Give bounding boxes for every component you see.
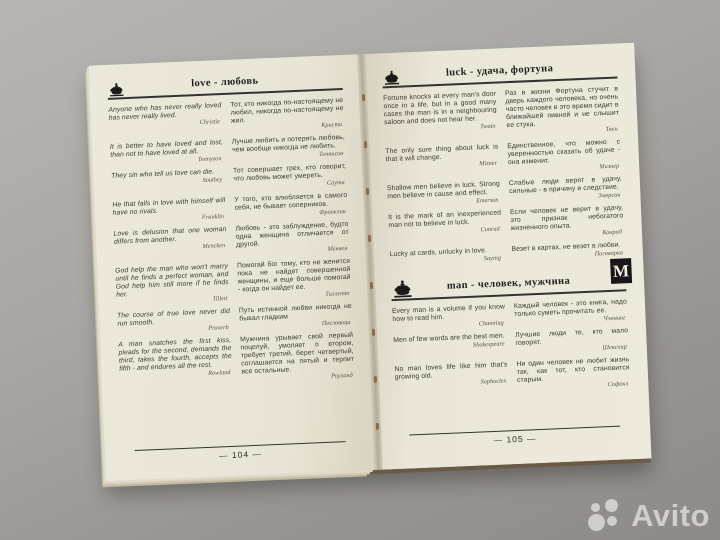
section-header-luck: luck - удача, фортуна bbox=[382, 52, 618, 88]
quote-russian-text: Раз в жизни Фортуна стучит в дверь каждо… bbox=[505, 85, 620, 130]
page-number-left: — 104 — bbox=[134, 441, 346, 464]
russian-column: Единственное, что можно с уверенностью с… bbox=[507, 138, 621, 175]
quote-row: It is the mark of an inexperienced man n… bbox=[388, 204, 624, 246]
quote-row: They sin who tell us love can die.Southe… bbox=[111, 163, 347, 197]
quotes-list-love: Anyone who has never really loved has ne… bbox=[108, 97, 355, 395]
page-number-right: — 105 — bbox=[409, 426, 621, 449]
russian-column: Если человек не верит в удачу, это призн… bbox=[510, 204, 624, 241]
stitch-mark bbox=[363, 141, 366, 148]
stitch-mark bbox=[371, 329, 374, 336]
quote-row: The course of true love never did run sm… bbox=[117, 303, 353, 337]
russian-column: Везет в картах, не везет в любви.Поговор… bbox=[511, 241, 625, 262]
stitch-mark bbox=[373, 376, 376, 383]
russian-column: Слабые люди верят в удачу, сильные - в п… bbox=[509, 175, 623, 204]
quote-row: Anyone who has never really loved has ne… bbox=[108, 97, 344, 139]
teapot-icon bbox=[108, 82, 125, 97]
quote-english-text: Fortune knocks at every man's door once … bbox=[383, 91, 497, 128]
russian-column: Лучше любить и потерять любовь, чем вооб… bbox=[232, 134, 346, 163]
section-title: man - человек, мужчина bbox=[447, 276, 571, 292]
background-surface: love - любовь Anyone who has never reall… bbox=[0, 0, 720, 540]
english-column: God help the man who won't marry until h… bbox=[115, 263, 230, 308]
english-column: The course of true love never did run sm… bbox=[117, 308, 231, 337]
quote-row: A man snatches the first kiss, pleads fo… bbox=[118, 332, 355, 390]
russian-column: Помогай бог тому, кто не женится пока не… bbox=[237, 258, 352, 303]
quotes-list-man: Every man is a volume if you know how to… bbox=[392, 298, 631, 403]
english-column: He that falls in love with himself will … bbox=[112, 197, 226, 226]
english-column: No man loves life like him that's growin… bbox=[394, 361, 508, 398]
quote-russian-text: Помогай бог тому, кто не женится пока не… bbox=[237, 258, 351, 295]
russian-column: Мужчина урывает свой первый поцелуй, умо… bbox=[240, 332, 355, 385]
stitch-mark bbox=[369, 282, 372, 289]
quote-english-text: God help the man who won't marry until h… bbox=[115, 263, 229, 300]
left-page: love - любовь Anyone who has never reall… bbox=[89, 54, 375, 481]
stitch-mark bbox=[361, 94, 364, 101]
english-column: It is the mark of an inexperienced man n… bbox=[388, 209, 502, 246]
stitch-mark bbox=[365, 188, 368, 195]
open-book: love - любовь Anyone who has never reall… bbox=[89, 43, 652, 481]
russian-column: Путь истинной любви никогда не бывал гла… bbox=[239, 303, 353, 332]
english-column: The only sure thing about luck is that i… bbox=[385, 144, 499, 181]
english-column: They sin who tell us love can die.Southe… bbox=[111, 168, 225, 197]
english-column: Every man is a volume if you know how to… bbox=[392, 303, 506, 332]
quote-row: Shallow men believe in luck. Strong men … bbox=[387, 175, 623, 209]
section-title: luck - удача, фортуна bbox=[446, 63, 554, 78]
russian-column: У того, кто влюбляется в самого себя, не… bbox=[234, 192, 348, 221]
quotes-list-luck: Fortune knocks at every man's door once … bbox=[383, 85, 625, 272]
russian-column: Тот совершает грех, кто говорит, что люб… bbox=[233, 163, 347, 192]
quote-row: He that falls in love with himself will … bbox=[112, 192, 348, 226]
avito-wordmark: Avito bbox=[631, 498, 710, 534]
english-column: Men of few words are the best men.Shakes… bbox=[393, 332, 507, 361]
english-column: Fortune knocks at every man's door once … bbox=[383, 91, 498, 144]
avito-watermark: Avito bbox=[588, 498, 710, 534]
english-column: Love is delusion that one woman differs … bbox=[113, 226, 227, 263]
russian-column: Ни один человек не любит жизнь так, как … bbox=[516, 356, 630, 393]
section-header-man: man - человек, мужчина M bbox=[391, 265, 627, 301]
russian-column: Лучшие люди те, кто мало говорят.Шекспир bbox=[515, 327, 629, 356]
stitch-mark bbox=[375, 423, 378, 430]
quote-row: Lucky at cards, unlucky in love.SayingВе… bbox=[390, 241, 625, 267]
russian-column: Раз в жизни Фортуна стучит в дверь каждо… bbox=[505, 85, 620, 138]
quote-row: Fortune knocks at every man's door once … bbox=[383, 85, 620, 143]
russian-column: Каждый человек - это книга, надо только … bbox=[514, 298, 628, 327]
english-column: Shallow men believe in luck. Strong men … bbox=[387, 180, 501, 209]
quote-english-text: A man snatches the first kiss, pleads fo… bbox=[118, 337, 232, 374]
avito-logo-icon bbox=[588, 498, 624, 534]
right-page: luck - удача, фортуна Fortune knocks at … bbox=[365, 43, 651, 470]
quote-row: God help the man who won't marry until h… bbox=[115, 258, 351, 308]
quote-row: The only sure thing about luck is that i… bbox=[385, 138, 621, 180]
section-title: love - любовь bbox=[191, 76, 259, 90]
letter-block-m: M bbox=[610, 258, 632, 284]
quote-row: It is better to have loved and lost, tha… bbox=[110, 134, 346, 168]
teapot-icon bbox=[383, 70, 401, 86]
english-column: Anyone who has never really loved has ne… bbox=[108, 102, 222, 139]
russian-column: Любовь - это заблуждение, будто одна жен… bbox=[235, 221, 349, 258]
quote-row: Every man is a volume if you know how to… bbox=[392, 298, 628, 332]
quote-russian-text: Мужчина урывает свой первый поцелуй, умо… bbox=[240, 332, 355, 377]
teapot-icon bbox=[392, 279, 414, 298]
english-column: Lucky at cards, unlucky in love.Saying bbox=[390, 246, 504, 267]
section-header-love: love - любовь bbox=[107, 64, 343, 100]
quote-row: Love is delusion that one woman differs … bbox=[113, 221, 349, 263]
stitch-mark bbox=[367, 235, 370, 242]
english-column: It is better to have loved and lost, tha… bbox=[110, 139, 224, 168]
quote-row: Men of few words are the best men.Shakes… bbox=[393, 327, 629, 361]
english-column: A man snatches the first kiss, pleads fo… bbox=[118, 337, 233, 390]
russian-column: Тот, кто никогда по-настоящему не любил,… bbox=[230, 97, 344, 134]
quote-row: No man loves life like him that's growin… bbox=[394, 356, 630, 398]
